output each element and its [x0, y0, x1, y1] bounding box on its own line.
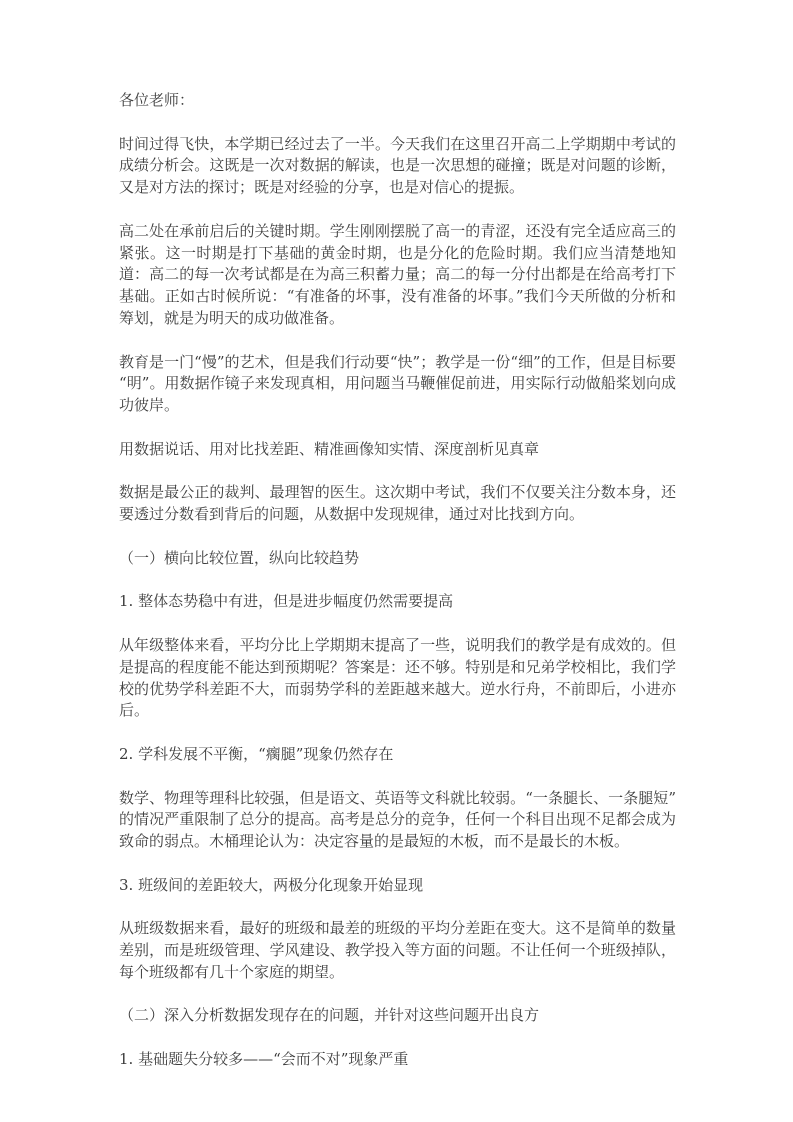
item-1-basic-questions: 1. 基础题失分较多——“会而不对”现象严重: [119, 1049, 676, 1071]
paragraph-data-judge: 数据是最公正的裁判、最理智的医生。这次期中考试，我们不仅要关注分数本身，还要透过…: [119, 482, 676, 526]
paragraph-class-detail: 从班级数据来看，最好的班级和最差的班级的平均分差距在变大。这不是简单的数量差别，…: [119, 918, 676, 983]
item-1-overall-trend: 1. 整体态势稳中有进，但是进步幅度仍然需要提高: [119, 591, 676, 613]
heading-section-1: （一）横向比较位置，纵向比较趋势: [119, 548, 676, 570]
paragraph-education-art: 教育是一门“慢”的艺术，但是我们行动要“快”；教学是一份“细”的工作，但是目标要…: [119, 352, 676, 417]
line-data-motto: 用数据说话、用对比找差距、精准画像知实情、深度剖析见真章: [119, 439, 676, 461]
paragraph-opening: 时间过得飞快，本学期已经过去了一半。今天我们在这里召开高二上学期期中考试的成绩分…: [119, 134, 676, 199]
paragraph-grade2-key-period: 高二处在承前启后的关键时期。学生刚刚摆脱了高一的青涩，还没有完全适应高三的紧张。…: [119, 221, 676, 330]
item-2-subject-imbalance: 2. 学科发展不平衡，“瘸腿”现象仍然存在: [119, 744, 676, 766]
paragraph-subject-detail: 数学、物理等理科比较强，但是语文、英语等文科就比较弱。“一条腿长、一条腿短”的情…: [119, 788, 676, 853]
item-3-class-gap: 3. 班级间的差距较大，两极分化现象开始显现: [119, 875, 676, 897]
document-page: 各位老师： 时间过得飞快，本学期已经过去了一半。今天我们在这里召开高二上学期期中…: [0, 0, 793, 1122]
salutation: 各位老师：: [119, 90, 676, 112]
heading-section-2: （二）深入分析数据发现存在的问题，并针对这些问题开出良方: [119, 1005, 676, 1027]
paragraph-grade-average: 从年级整体来看，平均分比上学期期末提高了一些，说明我们的教学是有成效的。但是提高…: [119, 635, 676, 722]
